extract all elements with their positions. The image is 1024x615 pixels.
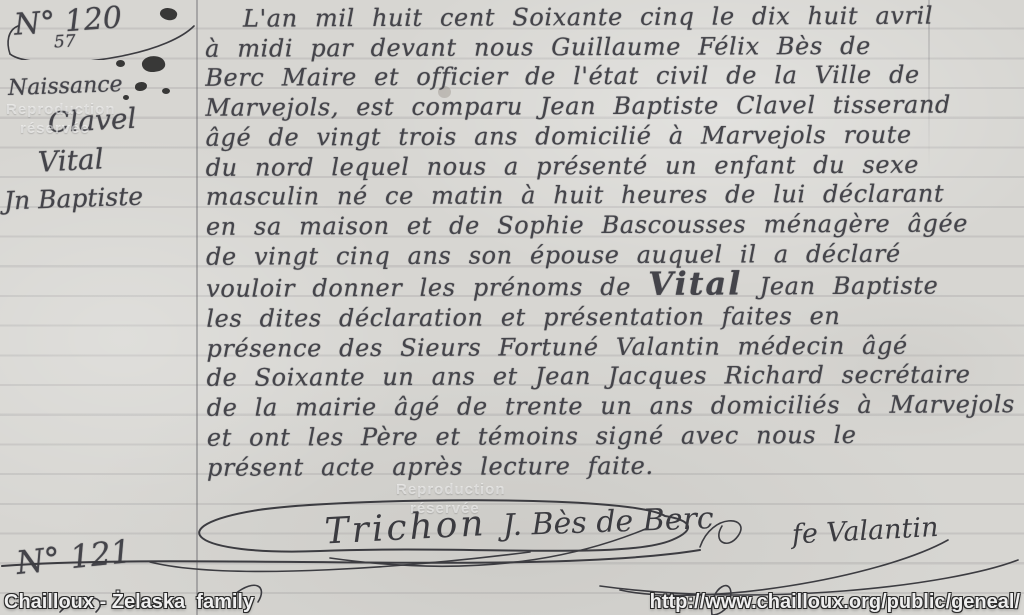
margin-given-name: Vital: [37, 142, 104, 178]
act-line: L'an mil huit cent Soixante cinq le dix …: [205, 1, 1019, 34]
act-line: présent acte après lecture faite.: [207, 450, 1021, 483]
signature-swoosh: [620, 540, 948, 595]
act-line: de vingt cinq ans son épouse auquel il a…: [206, 239, 1020, 272]
ink-blot: [116, 60, 125, 67]
margin-act-type: Naissance: [8, 72, 123, 101]
act-line: Berc Maire et officier de l'état civil d…: [205, 61, 1019, 94]
copyright-watermark: Reproduction réservée: [6, 100, 116, 138]
margin-flourish: [2, 20, 197, 60]
act-line: les dites déclaration et présentation fa…: [206, 301, 1020, 334]
act-line: âgé de vingt trois ans domicilié à Marve…: [205, 120, 1019, 153]
act-line: présence des Sieurs Fortuné Valantin méd…: [206, 331, 1020, 364]
register-scan-page: N° 120 57 Naissance Clavel Vital Jn Bapt…: [0, 0, 1024, 615]
act-body: L'an mil huit cent Soixante cinq le dix …: [205, 1, 1021, 483]
ink-blot: [162, 88, 170, 94]
act-line-prefix: vouloir donner les prénoms de: [206, 273, 648, 303]
act-line: du nord lequel nous a présenté un enfant…: [206, 150, 1020, 183]
act-line: de Soixante un ans et Jean Jacques Richa…: [207, 361, 1021, 394]
child-name-emphasis: Vital: [648, 265, 742, 303]
signature-underline: [2, 550, 700, 566]
signature-mayor: J. Bès de Berc: [496, 501, 714, 544]
act-line: masculin né ce matin à huit heures de lu…: [206, 179, 1020, 212]
act-line: de la mairie âgé de trente un ans domici…: [207, 390, 1021, 423]
margin-middle-name: Jn Baptiste: [4, 182, 144, 216]
signature-witness: fe Valantin: [789, 512, 939, 551]
act-line: et ont les Père et témoins signé avec no…: [207, 420, 1021, 453]
ink-blot: [123, 95, 129, 100]
act-line-suffix: Jean Baptiste: [742, 272, 938, 301]
act-line: à midi par devant nous Guillaume Félix B…: [205, 31, 1019, 64]
act-line: Marvejols, est comparu Jean Baptiste Cla…: [205, 90, 1019, 123]
ink-blot: [135, 82, 147, 91]
act-line-with-child-name: vouloir donner les prénoms de Vital Jean…: [206, 269, 1020, 305]
footer-url-caption: http://www.chailloux.org/public/geneal/: [650, 591, 1020, 614]
footer-family-caption: Chailloux - Żelaska family: [4, 591, 254, 614]
bottom-flourish: [600, 560, 1018, 595]
act-line: en sa maison et de Sophie Bascousses mén…: [206, 209, 1020, 242]
copyright-watermark: Reproduction réservée: [396, 480, 506, 518]
